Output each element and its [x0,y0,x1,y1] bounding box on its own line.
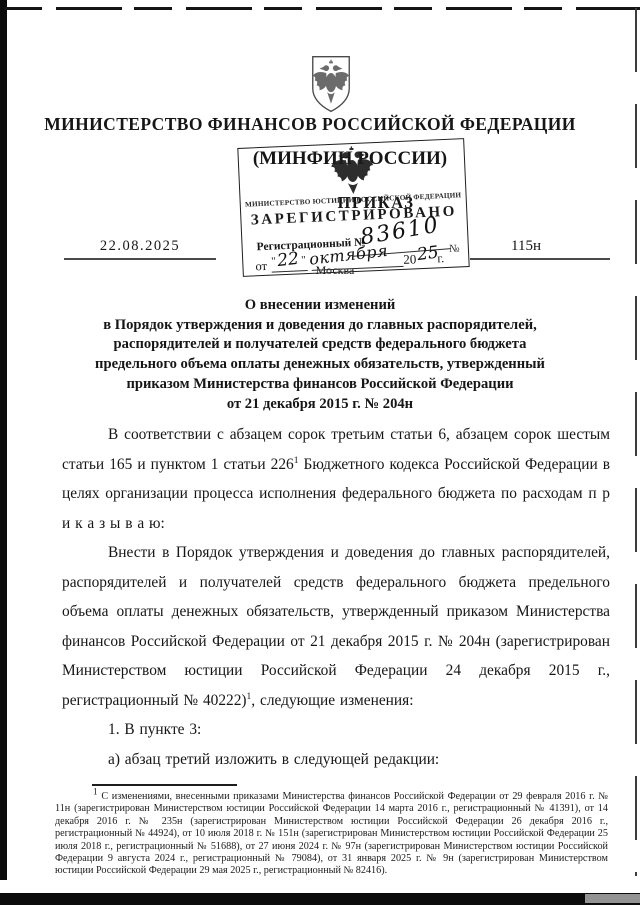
stamp-close-quote: " [301,254,306,266]
justice-ministry-eagle-icon [326,144,378,196]
ministry-name: МИНИСТЕРСТВО ФИНАНСОВ РОССИЙСКОЙ ФЕДЕРАЦ… [0,114,620,135]
stamp-from-label: от [255,259,267,274]
title-line: от 21 декабря 2015 г. № 204н [20,395,620,415]
document-body: В соответствии с абзацем сорок третьим с… [62,420,610,774]
stamp-year-printed: 20 [403,251,417,268]
title-line: в Порядок утверждения и доведения до гла… [20,316,620,336]
document-number: 115н [480,238,572,255]
title-line: предельного объема оплаты денежных обяза… [20,355,620,375]
title-line: О внесении изменений [20,296,620,316]
scan-edge-bottom-gray [585,894,640,903]
scan-edge-top [4,7,640,10]
body-paragraph: Внести в Порядок утверждения и доведения… [62,538,610,715]
body-paragraph: а) абзац третий изложить в следующей ред… [62,745,610,775]
body-paragraph: 1. В пункте 3: [62,715,610,745]
stamp-open-quote: " [271,255,276,267]
footnote: 1 С изменениями, внесенными приказами Ми… [55,791,608,878]
number-underline [470,258,610,260]
registration-stamp: МИНИСТЕРСТВО ЮСТИЦИИ РОССИЙСКОЙ ФЕДЕРАЦИ… [237,138,469,277]
scan-edge-right [635,8,637,876]
footnote-rule [92,784,237,786]
footnote-text: С изменениями, внесенными приказами Мини… [55,791,608,876]
stamp-day-underline [272,270,308,273]
title-line: приказом Министерства финансов Российско… [20,375,620,395]
scan-edge-bottom [0,893,640,905]
coat-of-arms-icon [307,53,355,116]
stamp-year-suffix: г. [437,251,444,266]
document-title: О внесении измененийв Порядок утверждени… [20,296,620,414]
date-underline [64,258,216,260]
stamp-day-handwritten: 22 [276,249,300,271]
body-paragraph: В соответствии с абзацем сорок третьим с… [62,420,610,538]
title-line: распорядителей и получателей средств фед… [20,335,620,355]
signature-date: 22.08.2025 [64,238,216,255]
document-page: МИНИСТЕРСТВО ФИНАНСОВ РОССИЙСКОЙ ФЕДЕРАЦ… [0,0,640,905]
